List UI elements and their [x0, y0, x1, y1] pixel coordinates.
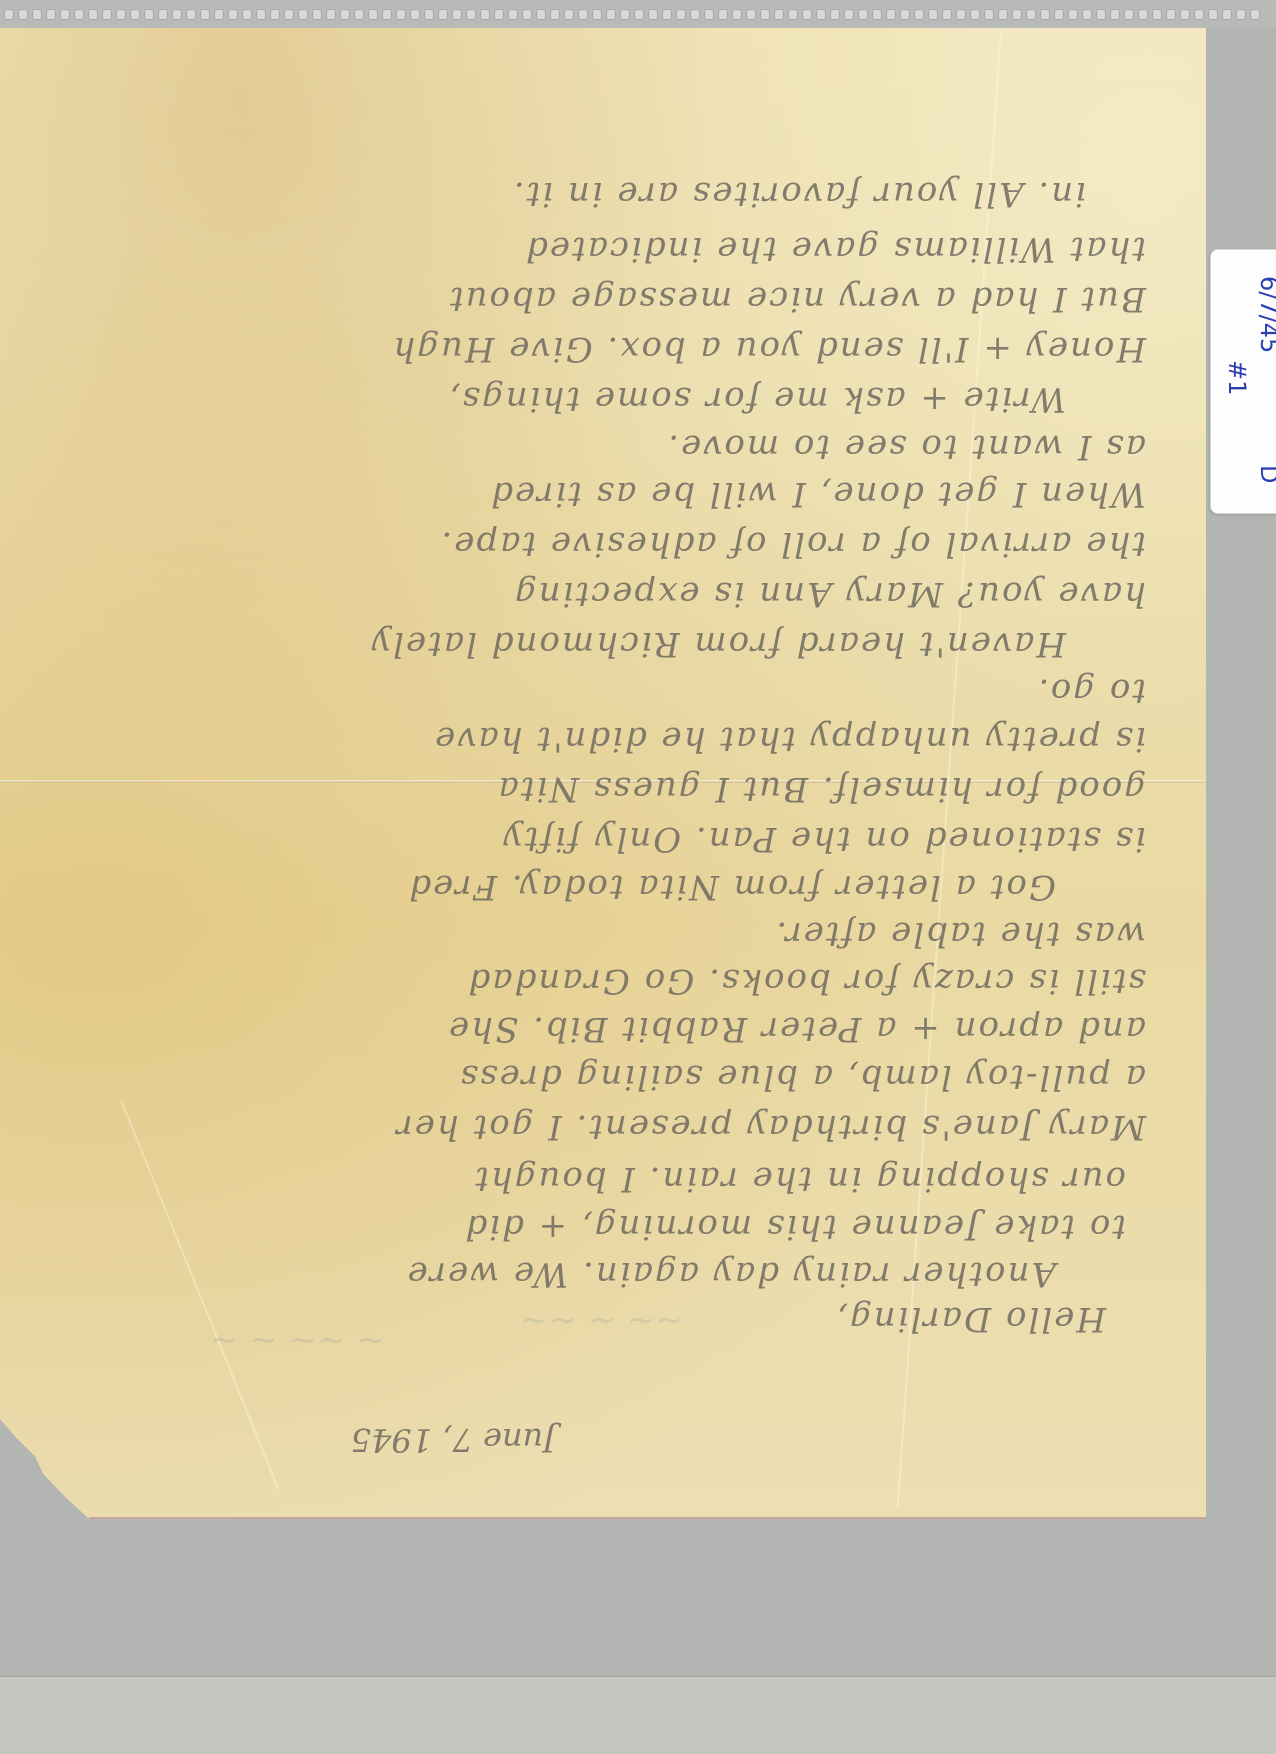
perforation-hole [1012, 9, 1022, 20]
perforation-hole [1124, 9, 1134, 20]
perforation-hole [536, 9, 546, 20]
label-number: #1 [1223, 360, 1251, 395]
perforation-hole [508, 9, 518, 20]
perforation-hole [1166, 9, 1176, 20]
perforation-hole [116, 9, 126, 20]
letter-line: still is crazy for books. Go Grandad [467, 961, 1146, 1001]
perforation-hole [1110, 9, 1120, 20]
perforation-hole [1194, 9, 1204, 20]
perforation-hole [396, 9, 406, 20]
perforation-hole [270, 9, 280, 20]
letter-line: When I get done, I will be as tired [489, 474, 1146, 514]
perforation-hole [158, 9, 168, 20]
perforation-hole [550, 9, 560, 20]
letter-line: good for himself. But I guess Nita [497, 769, 1146, 809]
letter-line: Haven't heard from Richmond lately [370, 624, 1066, 664]
perforation-hole [606, 9, 616, 20]
perforation-hole [326, 9, 336, 20]
letter-line: a pull-toy lamb, a blue sailing dress [459, 1057, 1146, 1097]
perforation-hole [1250, 9, 1260, 20]
perforation-hole [984, 9, 994, 20]
perforation-hole [1096, 9, 1106, 20]
perforation-hole [242, 9, 252, 20]
perforation-hole [704, 9, 714, 20]
perforation-hole [200, 9, 210, 20]
letter-line: in. All your favorites are in it. [512, 174, 1086, 214]
letter-line: that Williams gave the indicated [524, 229, 1146, 269]
perforation-hole [172, 9, 182, 20]
perforation-hole [578, 9, 588, 20]
perforation-hole [298, 9, 308, 20]
perforation-hole [1208, 9, 1218, 20]
perforation-hole [718, 9, 728, 20]
perforation-hole [228, 9, 238, 20]
letter-line: the arrival of a roll of adhesive tape. [439, 524, 1146, 564]
perforation-hole [1222, 9, 1232, 20]
perforation-hole [634, 9, 644, 20]
perforation-hole [732, 9, 742, 20]
perforation-hole [788, 9, 798, 20]
perforation-hole [494, 9, 504, 20]
perforation-hole [620, 9, 630, 20]
letter-line: Got a letter from Nita today. Fred [407, 867, 1056, 907]
perforation-hole [4, 9, 14, 20]
perforation-hole [32, 9, 42, 20]
perforation-hole [522, 9, 532, 20]
perforation-hole [466, 9, 476, 20]
perforation-hole [858, 9, 868, 20]
perforation-hole [102, 9, 112, 20]
perforation-hole [256, 9, 266, 20]
perforation-hole [1026, 9, 1036, 20]
perforation-hole [690, 9, 700, 20]
salutation: Hello Darling, [835, 1299, 1106, 1339]
perforation-hole [872, 9, 882, 20]
letter-line: to take Jeanne this morning, + did [463, 1207, 1126, 1247]
letter-line: was the table after. [774, 914, 1146, 954]
perforation-hole [662, 9, 672, 20]
letter-line: is stationed on the Pan. Only fifty [502, 819, 1146, 859]
perforation-hole [60, 9, 70, 20]
label-date: 6/7/45 [1255, 276, 1276, 353]
perforation-hole [774, 9, 784, 20]
letter-line: Honey + I'll send you a box. Give Hugh [391, 329, 1146, 369]
perforation-hole [424, 9, 434, 20]
letter-body-rotated: June 7, 1945 Hello Darling, Another rain… [0, 28, 1206, 1519]
perforation-hole [1054, 9, 1064, 20]
perforation-hole [1082, 9, 1092, 20]
perforation-hole [88, 9, 98, 20]
perforation-hole [354, 9, 364, 20]
perforation-hole [914, 9, 924, 20]
perforation-hole [816, 9, 826, 20]
sleeve-bottom-band [0, 1676, 1276, 1754]
perforation-hole [1138, 9, 1148, 20]
perforation-hole [186, 9, 196, 20]
perforation-hole [312, 9, 322, 20]
perforation-hole [1040, 9, 1050, 20]
perforation-hole [480, 9, 490, 20]
perforation-hole [676, 9, 686, 20]
perforation-hole [214, 9, 224, 20]
perforation-hole [928, 9, 938, 20]
perforation-hole [592, 9, 602, 20]
perforation-hole [886, 9, 896, 20]
perforation-hole [1152, 9, 1162, 20]
letter-line: Mary Jane's birthday present. I got her [395, 1107, 1146, 1147]
letter-line: have you? Mary Ann is expecting [513, 574, 1146, 614]
perforation-hole [340, 9, 350, 20]
letter-line: our shopping in the rain. I bought [473, 1159, 1126, 1199]
perforation-hole [130, 9, 140, 20]
letter-line: But I had a very nice message about [448, 279, 1146, 319]
perforation-hole [438, 9, 448, 20]
perforation-hole [46, 9, 56, 20]
perforation-hole [956, 9, 966, 20]
archive-label-card: 6/7/45 #1 D [1210, 249, 1276, 514]
perforation-hole [760, 9, 770, 20]
perforation-hole [144, 9, 154, 20]
perforation-hole [942, 9, 952, 20]
perforation-hole [648, 9, 658, 20]
perforation-hole [74, 9, 84, 20]
letter-line: as I want to see to move. [666, 427, 1146, 467]
perforation-hole [564, 9, 574, 20]
perforation-hole [746, 9, 756, 20]
perforation-hole [410, 9, 420, 20]
perforation-hole [452, 9, 462, 20]
letter-date: June 7, 1945 [351, 1421, 556, 1459]
perforation-hole [18, 9, 28, 20]
perforation-hole [1236, 9, 1246, 20]
perforation-hole [900, 9, 910, 20]
letter-line: Another rainy day again. We were [406, 1254, 1056, 1294]
perforation-hole [998, 9, 1008, 20]
label-initial: D [1255, 465, 1276, 483]
perforation-hole [970, 9, 980, 20]
letter-line: and apron + a Peter Rabbit Bib. She [447, 1009, 1146, 1049]
letter-line: Write + ask me for some things, [448, 379, 1066, 419]
perforation-hole [1068, 9, 1078, 20]
perforation-hole [802, 9, 812, 20]
letter-line: is pretty unhappy that he didn't have [433, 719, 1146, 759]
sleeve-perforation-strip [0, 0, 1276, 28]
letter-line: to go. [1037, 671, 1146, 711]
perforation-hole [368, 9, 378, 20]
perforation-hole [830, 9, 840, 20]
perforation-hole [284, 9, 294, 20]
perforation-hole [844, 9, 854, 20]
perforation-hole [382, 9, 392, 20]
perforation-hole [1180, 9, 1190, 20]
